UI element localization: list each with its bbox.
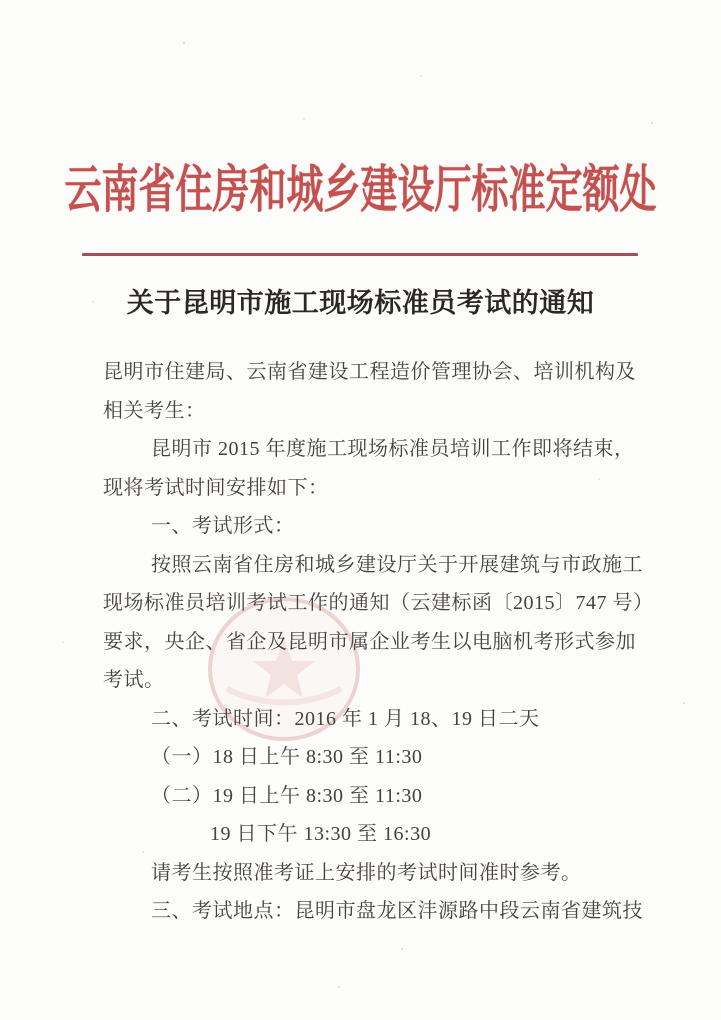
notice-body: 昆明市住建局、云南省建设工程造价管理协会、培训机构及 相关考生： 昆明市 201… bbox=[0, 353, 721, 931]
body-line-salutation: 昆明市住建局、云南省建设工程造价管理协会、培训机构及 bbox=[0, 353, 721, 392]
letterhead-title: 云南省住房和城乡建设厅标准定额处 bbox=[0, 148, 721, 223]
body-line-intro: 昆明市 2015 年度施工现场标准员培训工作即将结束， bbox=[0, 430, 721, 469]
body-line-s1-text1: 按照云南省住房和城乡建设厅关于开展建筑与市政施工 bbox=[0, 546, 721, 585]
body-line-s1-text2: 现场标准员培训考试工作的通知（云建标函〔2015〕747 号） bbox=[0, 584, 721, 623]
body-line-time3: 19 日下午 13:30 至 16:30 bbox=[0, 815, 721, 854]
body-line-intro2: 现将考试时间安排如下： bbox=[0, 469, 721, 508]
scanned-notice-page: 云南省住房和城乡建设厅标准定额处 关于昆明市施工现场标准员考试的通知 昆明市住建… bbox=[0, 0, 721, 1020]
body-line-time2: （二）19 日上午 8:30 至 11:30 bbox=[0, 777, 721, 816]
scan-noise-specks bbox=[0, 0, 2, 2]
body-line-s1-text3: 要求，央企、省企及昆明市属企业考生以电脑机考形式参加 bbox=[0, 623, 721, 662]
body-line-s1-text4: 考试。 bbox=[0, 661, 721, 700]
body-line-section2: 二、考试时间：2016 年 1 月 18、19 日二天 bbox=[0, 700, 721, 739]
body-line-section3: 三、考试地点：昆明市盘龙区沣源路中段云南省建筑技 bbox=[0, 892, 721, 931]
body-line-reminder: 请考生按照准考证上安排的考试时间准时参考。 bbox=[0, 854, 721, 893]
body-line-section1: 一、考试形式： bbox=[0, 507, 721, 546]
letterhead-divider-line bbox=[82, 253, 638, 256]
body-line-salutation2: 相关考生： bbox=[0, 392, 721, 431]
document-title: 关于昆明市施工现场标准员考试的通知 bbox=[0, 281, 721, 320]
body-line-time1: （一）18 日上午 8:30 至 11:30 bbox=[0, 738, 721, 777]
